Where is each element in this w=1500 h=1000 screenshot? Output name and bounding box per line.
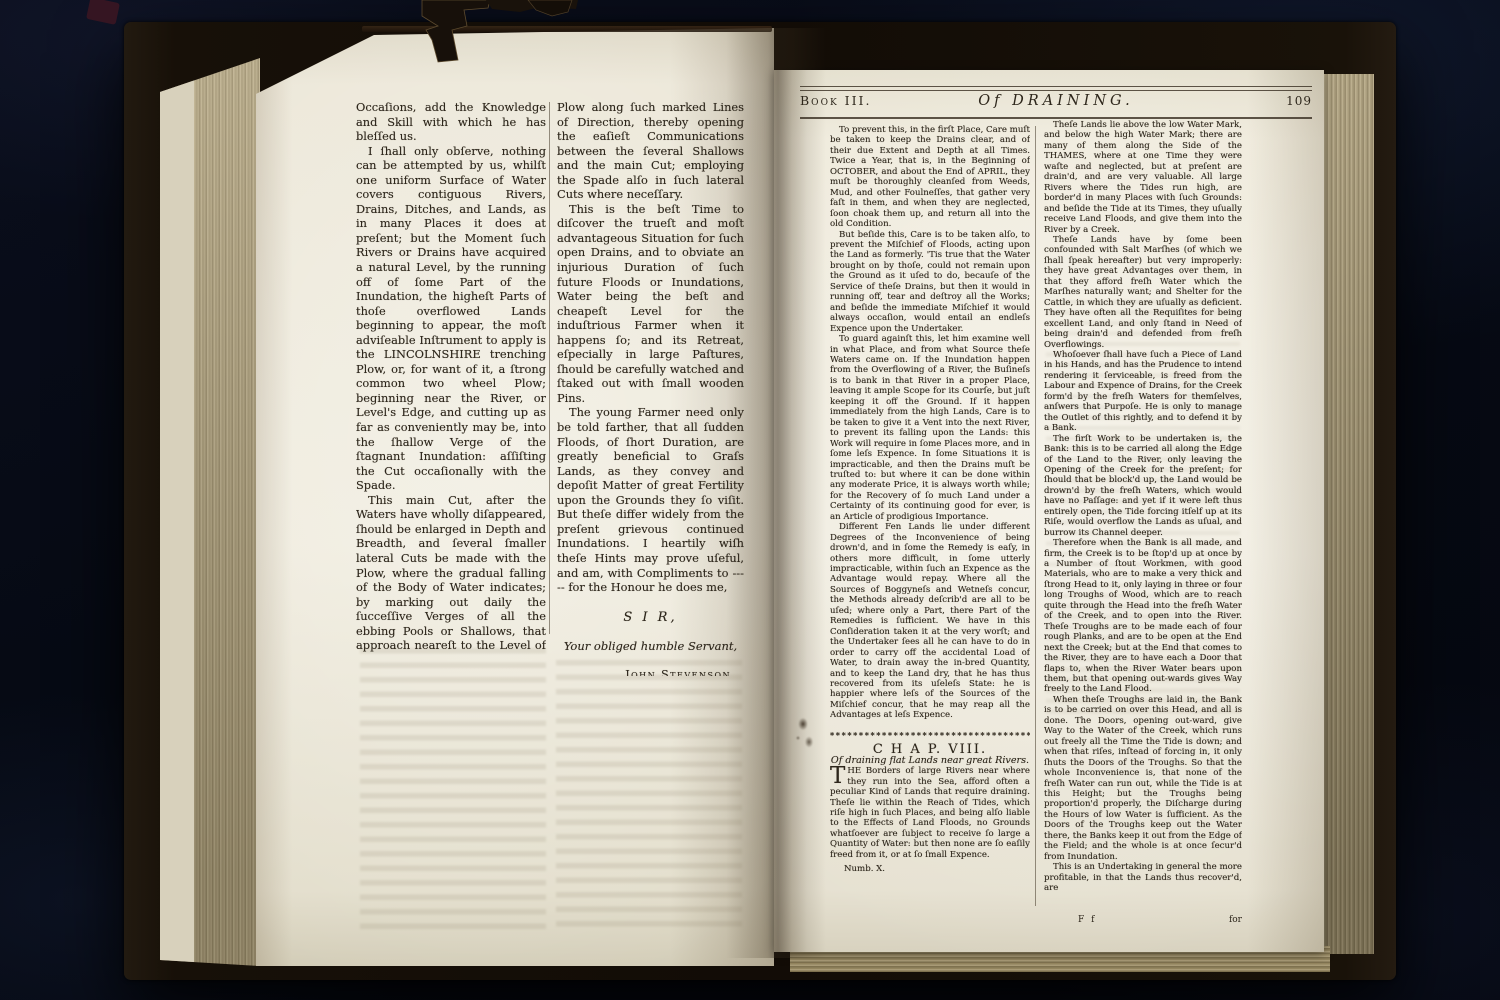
paragraph: When theſe Troughs are laid in, the Bank… bbox=[1044, 695, 1242, 862]
running-header: Book III. Of DRAINING. 109 bbox=[800, 93, 1312, 115]
paragraph: I ſhall only obſerve, nothing can be att… bbox=[356, 144, 546, 493]
paragraph: This is an Undertaking in general the mo… bbox=[1044, 862, 1242, 893]
page-number: 109 bbox=[1192, 94, 1312, 108]
right-col1-paragraphs: To prevent this, in the firſt Place, Car… bbox=[830, 125, 1030, 721]
page-title: Of DRAINING. bbox=[920, 93, 1192, 109]
letter-valediction: Your obliged humble Servant, bbox=[557, 639, 744, 654]
right-page-column-2: Theſe Lands lie above the low Water Mark… bbox=[1044, 120, 1242, 908]
paragraph: Theſe Lands have by ſome been confounded… bbox=[1044, 235, 1242, 350]
right-column-divider-rule bbox=[1035, 126, 1036, 906]
left-page-column-2: Plow along ſuch marked Lines of Directio… bbox=[557, 100, 744, 676]
right-page-edge-stack bbox=[1322, 74, 1374, 954]
signature-mark: F f bbox=[1078, 915, 1096, 925]
ink-blot bbox=[791, 712, 821, 756]
paragraph: Theſe Lands lie above the low Water Mark… bbox=[1044, 120, 1242, 235]
chapter-subtitle: Of draining flat Lands near great Rivers… bbox=[830, 756, 1030, 766]
left-col2-paragraphs: Plow along ſuch marked Lines of Directio… bbox=[557, 100, 744, 595]
paragraph: Different Fen Lands lie under different … bbox=[830, 522, 1030, 721]
header-rule-top-outer bbox=[800, 86, 1312, 87]
chapter-paragraphs: THE Borders of large Rivers near where t… bbox=[830, 766, 1030, 860]
photo-of-open-book: Occaſions, add the Knowledge and Skill w… bbox=[0, 0, 1500, 1000]
paragraph: But beſide this, Care is to be taken alſ… bbox=[830, 230, 1030, 335]
fascicle-number: Numb. X. bbox=[830, 864, 1030, 874]
paragraph: Whoſoever ſhall have ſuch a Piece of Lan… bbox=[1044, 350, 1242, 434]
paragraph: This main Cut, after the Waters have who… bbox=[356, 493, 546, 652]
background-object bbox=[86, 0, 120, 25]
paragraph: The young Farmer need only be told farth… bbox=[557, 405, 744, 594]
paragraph: To prevent this, in the firſt Place, Car… bbox=[830, 125, 1030, 230]
chapter-ornament: **************************************** bbox=[830, 730, 1030, 740]
book-label: Book III. bbox=[800, 93, 920, 108]
header-rule-top-inner bbox=[800, 90, 1312, 91]
chapter-eight: C H A P. VIII. Of draining flat Lands ne… bbox=[830, 745, 1030, 874]
paragraph: The firſt Work to be undertaken is, the … bbox=[1044, 434, 1242, 539]
header-rule-bottom bbox=[800, 117, 1312, 119]
catchword: for bbox=[1229, 915, 1242, 925]
paragraph: THE Borders of large Rivers near where t… bbox=[830, 766, 1030, 860]
paragraph: Plow along ſuch marked Lines of Directio… bbox=[557, 100, 744, 202]
letter-signature: John Stevenson. bbox=[557, 668, 744, 676]
left-column-divider-rule bbox=[549, 102, 550, 634]
letter-salutation: S I R, bbox=[557, 611, 744, 626]
left-page-column-1: Occaſions, add the Knowledge and Skill w… bbox=[356, 100, 546, 652]
paragraph: Occaſions, add the Knowledge and Skill w… bbox=[356, 100, 546, 144]
left-page-edge-stack bbox=[160, 58, 260, 966]
paragraph: This is the beſt Time to diſcover the tr… bbox=[557, 202, 744, 406]
paragraph: To guard againſt this, let him examine w… bbox=[830, 334, 1030, 522]
paragraph: Therefore when the Bank is all made, and… bbox=[1044, 538, 1242, 695]
page-clamp-icon-small bbox=[524, 0, 576, 30]
right-page-column-1: To prevent this, in the firſt Place, Car… bbox=[830, 125, 1030, 913]
page-foot-line: F f for bbox=[1044, 915, 1242, 925]
